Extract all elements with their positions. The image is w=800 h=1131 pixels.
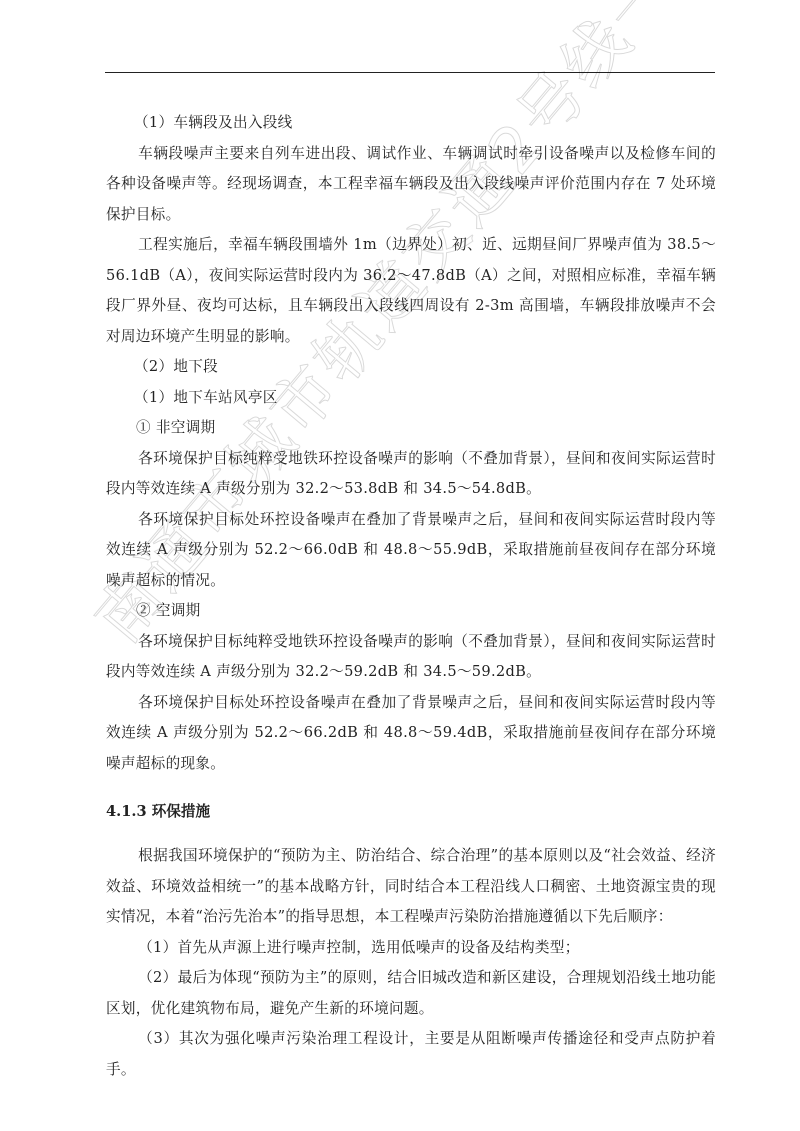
header-rule xyxy=(105,72,715,73)
section-heading: 4.1.3 环保措施 xyxy=(106,797,716,827)
paragraph: 车辆段噪声主要来自列车进出段、调试作业、车辆调试时牵引设备噪声以及检修车间的各种… xyxy=(106,139,716,231)
paragraph: 各环境保护目标处环控设备噪声在叠加了背景噪声之后，昼间和夜间实际运营时段内等效连… xyxy=(106,505,716,597)
list-item: （1）首先从声源上进行噪声控制，选用低噪声的设备及结构类型； xyxy=(106,933,716,964)
list-marker-title: ② 空调期 xyxy=(106,596,716,627)
paragraph: 各环境保护目标纯粹受地铁环控设备噪声的影响（不叠加背景），昼间和夜间实际运营时段… xyxy=(106,627,716,688)
list-item: （3）其次为强化噪声污染治理工程设计，主要是从阻断噪声传播途径和受声点防护着手。 xyxy=(106,1024,716,1085)
list-item: （2）最后为体现“预防为主”的原则，结合旧城改造和新区建设，合理规划沿线土地功能… xyxy=(106,963,716,1024)
paragraph: 各环境保护目标纯粹受地铁环控设备噪声的影响（不叠加背景），昼间和夜间实际运营时段… xyxy=(106,444,716,505)
paragraph: 工程实施后，幸福车辆段围墙外 1m（边界处）初、近、远期昼间厂界噪声值为 38.… xyxy=(106,230,716,352)
document-body: （1）车辆段及出入段线 车辆段噪声主要来自列车进出段、调试作业、车辆调试时牵引设… xyxy=(106,108,716,1085)
paragraph: 各环境保护目标处环控设备噪声在叠加了背景噪声之后，昼间和夜间实际运营时段内等效连… xyxy=(106,688,716,780)
subsection-title: （1）地下车站风亭区 xyxy=(106,383,716,414)
subsection-title: （2）地下段 xyxy=(106,352,716,383)
list-marker-title: ① 非空调期 xyxy=(106,413,716,444)
paragraph: 根据我国环境保护的“预防为主、防治结合、综合治理”的基本原则以及“社会效益、经济… xyxy=(106,841,716,933)
subsection-title: （1）车辆段及出入段线 xyxy=(106,108,716,139)
